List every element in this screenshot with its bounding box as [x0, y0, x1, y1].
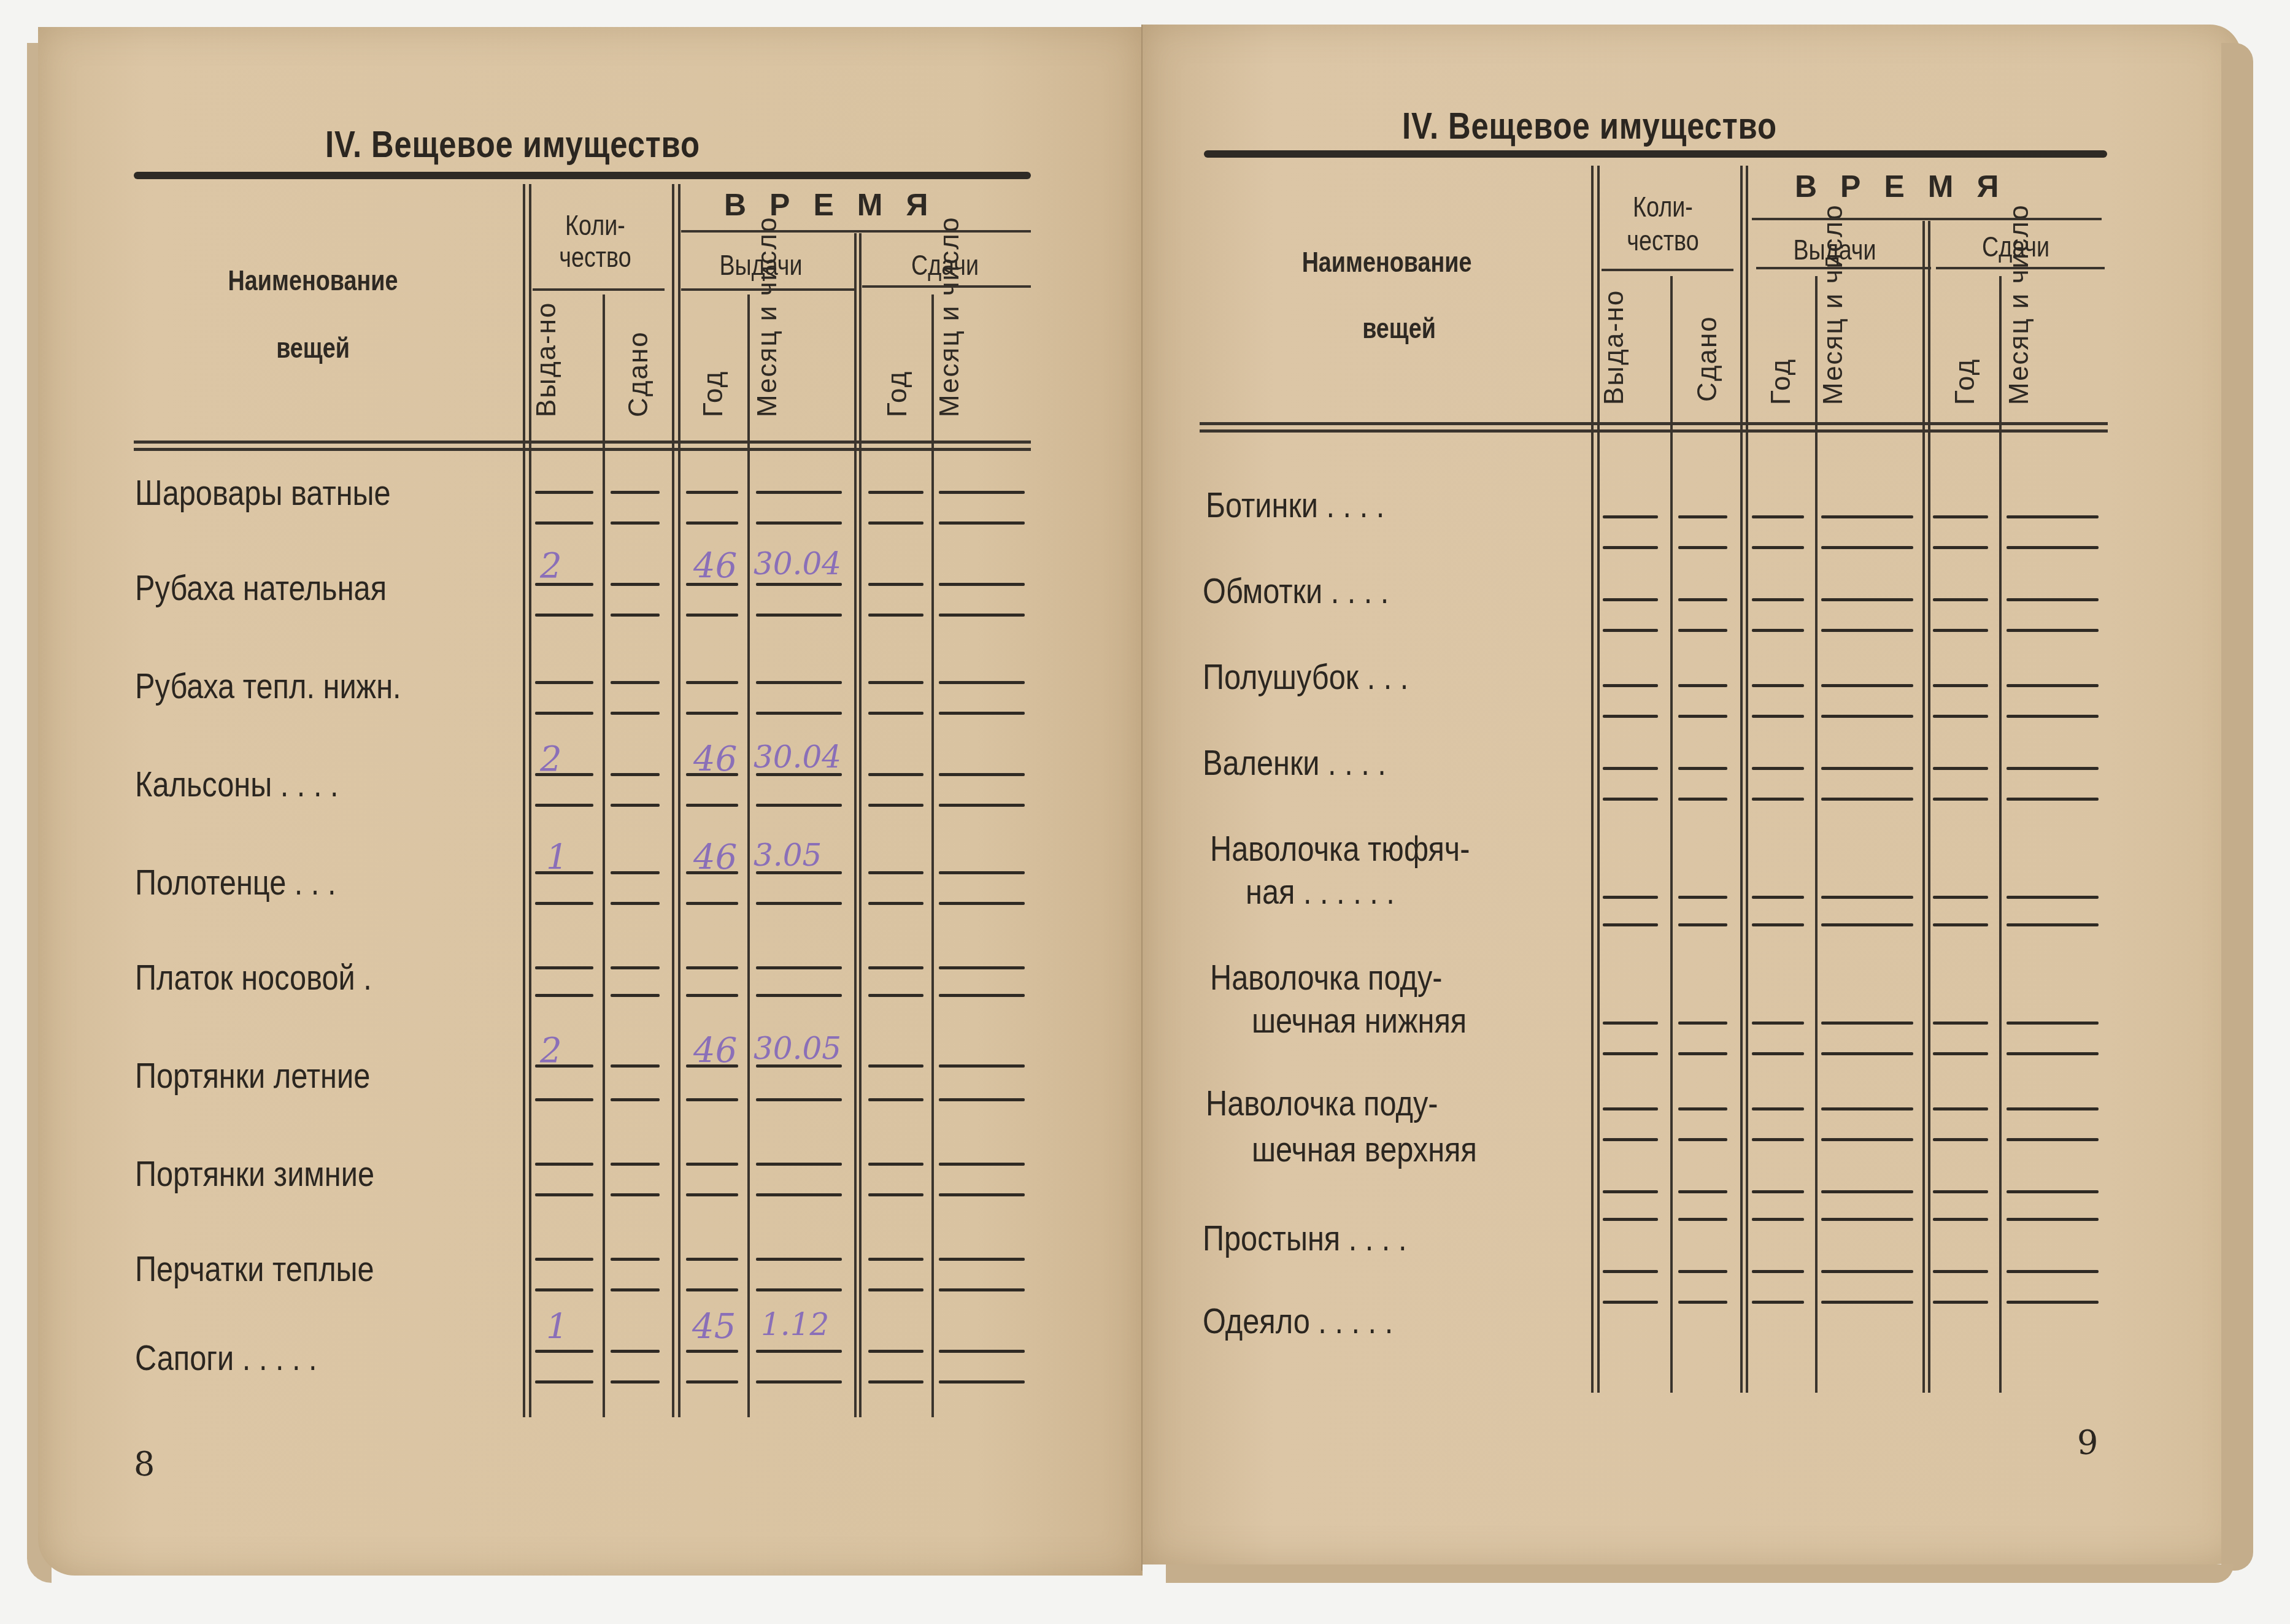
blank-dash: [1933, 798, 1988, 801]
blank-dash: [1603, 1138, 1658, 1141]
blank-dash: [535, 1350, 593, 1353]
blank-dash: [611, 491, 660, 494]
blank-dash: [2007, 515, 2099, 518]
right-vline: [1597, 166, 1600, 1393]
right-vline: [1746, 166, 1748, 1393]
blank-dash: [756, 681, 842, 684]
blank-dash: [1821, 684, 1913, 687]
right-hdr-double-2: [1200, 429, 2108, 433]
blank-dash: [686, 1350, 738, 1353]
right-header-quantity-1: Коли-: [1613, 190, 1713, 223]
item-name-cont: ная . . . . . .: [1246, 871, 1395, 913]
blank-dash: [868, 804, 923, 807]
right-hdr-line-time: [1752, 218, 2102, 220]
right-vline: [1922, 221, 1925, 1393]
blank-dash: [1933, 684, 1988, 687]
blank-dash: [1821, 1218, 1913, 1221]
blank-dash: [1821, 923, 1913, 926]
blank-dash: [535, 1193, 593, 1196]
item-name: Одеяло . . . . .: [1203, 1301, 1393, 1342]
left-vline: [523, 184, 525, 1417]
blank-dash: [686, 871, 738, 874]
blank-dash: [535, 712, 593, 715]
blank-dash: [1678, 1052, 1727, 1055]
blank-dash: [1752, 1022, 1804, 1025]
blank-dash: [868, 1380, 923, 1383]
blank-dash: [2007, 1270, 2099, 1273]
blank-dash: [535, 804, 593, 807]
blank-dash: [611, 994, 660, 997]
blank-dash: [756, 1193, 842, 1196]
blank-dash: [756, 1288, 842, 1291]
blank-dash: [1603, 1301, 1658, 1304]
blank-dash: [611, 521, 660, 525]
blank-dash: [1821, 1138, 1913, 1141]
blank-dash: [1821, 715, 1913, 718]
blank-dash: [1821, 515, 1913, 518]
blank-dash: [2007, 896, 2099, 899]
left-hdr-double-1: [134, 441, 1031, 444]
right-hdr-double-1: [1200, 422, 2108, 425]
blank-dash: [535, 966, 593, 969]
handwritten-issued: 1: [546, 1307, 568, 1347]
blank-dash: [535, 994, 593, 997]
blank-dash: [1933, 767, 1988, 770]
right-header-return-year: Год: [1951, 337, 1980, 405]
blank-dash: [868, 773, 923, 776]
blank-dash: [756, 1258, 842, 1261]
blank-dash: [1603, 1190, 1658, 1193]
item-name: Рубаха нательная: [135, 568, 387, 609]
blank-dash: [535, 1258, 593, 1261]
blank-dash: [2007, 684, 2099, 687]
blank-dash: [939, 773, 1025, 776]
blank-dash: [1752, 629, 1804, 632]
blank-dash: [939, 1193, 1025, 1196]
blank-dash: [611, 773, 660, 776]
blank-dash: [1752, 1218, 1804, 1221]
blank-dash: [1933, 546, 1988, 549]
right-hdr-line-issue: [1756, 267, 1931, 269]
right-header-name: Наименование: [1281, 245, 1492, 279]
left-header-name: Наименование: [207, 264, 418, 297]
blank-dash: [2007, 1301, 2099, 1304]
handwritten-issue-year: 45: [692, 1307, 736, 1347]
blank-dash: [686, 583, 738, 586]
handwritten-issue-date: 3.05: [754, 837, 822, 873]
blank-dash: [686, 1163, 738, 1166]
blank-dash: [1933, 923, 1988, 926]
blank-dash: [611, 681, 660, 684]
blank-dash: [1933, 1107, 1988, 1110]
blank-dash: [535, 681, 593, 684]
blank-dash: [611, 614, 660, 617]
blank-dash: [1678, 515, 1727, 518]
left-header-issued: Выда-но: [533, 307, 561, 417]
blank-dash: [756, 994, 842, 997]
blank-dash: [1752, 1138, 1804, 1141]
blank-dash: [1678, 1107, 1727, 1110]
blank-dash: [686, 1258, 738, 1261]
blank-dash: [2007, 1190, 2099, 1193]
blank-dash: [1603, 767, 1658, 770]
blank-dash: [535, 871, 593, 874]
item-name: Наволочка поду-: [1210, 957, 1442, 999]
right-hdr-line-return: [1936, 267, 2105, 269]
blank-dash: [2007, 798, 2099, 801]
blank-dash: [868, 491, 923, 494]
item-name: Простыня . . . .: [1203, 1218, 1406, 1260]
page-edge-right: [2221, 43, 2253, 1571]
blank-dash: [686, 1193, 738, 1196]
item-name: Полотенце . . .: [135, 862, 336, 904]
blank-dash: [1603, 1052, 1658, 1055]
blank-dash: [1752, 1107, 1804, 1110]
right-vline: [1815, 276, 1818, 1393]
blank-dash: [1678, 896, 1727, 899]
blank-dash: [686, 491, 738, 494]
item-name: Наволочка тюфяч-: [1210, 828, 1470, 870]
item-name: Платок носовой .: [135, 957, 372, 999]
blank-dash: [1821, 1022, 1913, 1025]
item-name: Обмотки . . . .: [1203, 571, 1389, 612]
blank-dash: [868, 871, 923, 874]
blank-dash: [535, 1163, 593, 1166]
blank-dash: [2007, 715, 2099, 718]
blank-dash: [939, 1380, 1025, 1383]
item-name-cont: шечная нижняя: [1252, 1000, 1467, 1042]
item-name: Портянки зимние: [135, 1153, 374, 1195]
blank-dash: [611, 1258, 660, 1261]
blank-dash: [1603, 1107, 1658, 1110]
blank-dash: [1933, 515, 1988, 518]
blank-dash: [939, 1350, 1025, 1353]
blank-dash: [535, 773, 593, 776]
blank-dash: [1678, 1218, 1727, 1221]
right-header-time: ВРЕМЯ: [1795, 169, 2022, 204]
blank-dash: [1821, 598, 1913, 601]
blank-dash: [868, 966, 923, 969]
handwritten-issue-date: 30.04: [754, 739, 841, 775]
right-header-returned: Сдано: [1694, 298, 1722, 402]
blank-dash: [1821, 767, 1913, 770]
blank-dash: [1933, 629, 1988, 632]
item-name: Сапоги . . . . .: [135, 1337, 317, 1379]
blank-dash: [1933, 1270, 1988, 1273]
left-vline: [854, 233, 857, 1417]
blank-dash: [1752, 896, 1804, 899]
book-spine: [1141, 25, 1143, 1571]
blank-dash: [868, 1288, 923, 1291]
blank-dash: [756, 614, 842, 617]
blank-dash: [2007, 1138, 2099, 1141]
blank-dash: [1752, 798, 1804, 801]
blank-dash: [686, 966, 738, 969]
item-name: Шаровары ватные: [135, 472, 391, 514]
blank-dash: [686, 681, 738, 684]
blank-dash: [1752, 1190, 1804, 1193]
blank-dash: [1678, 767, 1727, 770]
item-name: Валенки . . . .: [1203, 742, 1386, 784]
right-vline: [1999, 276, 2002, 1393]
blank-dash: [611, 1163, 660, 1166]
blank-dash: [939, 1064, 1025, 1068]
left-vline: [672, 184, 674, 1417]
right-vline: [1670, 276, 1673, 1393]
blank-dash: [1933, 598, 1988, 601]
right-header-quantity-2: чество: [1613, 224, 1713, 257]
blank-dash: [535, 583, 593, 586]
item-name-cont: шечная верхняя: [1252, 1129, 1477, 1171]
right-page-number: 9: [2077, 1423, 2098, 1462]
blank-dash: [1821, 1107, 1913, 1110]
left-hdr-line-return: [862, 285, 1031, 288]
blank-dash: [611, 871, 660, 874]
blank-dash: [1678, 1190, 1727, 1193]
blank-dash: [1821, 1052, 1913, 1055]
blank-dash: [611, 902, 660, 905]
right-header-issue-year: Год: [1767, 337, 1795, 405]
blank-dash: [535, 1098, 593, 1101]
left-hdr-double-2: [134, 448, 1031, 451]
blank-dash: [939, 1288, 1025, 1291]
blank-dash: [1752, 1301, 1804, 1304]
blank-dash: [939, 902, 1025, 905]
blank-dash: [939, 614, 1025, 617]
blank-dash: [1678, 1022, 1727, 1025]
blank-dash: [756, 491, 842, 494]
blank-dash: [2007, 1218, 2099, 1221]
blank-dash: [756, 902, 842, 905]
blank-dash: [939, 491, 1025, 494]
blank-dash: [535, 1380, 593, 1383]
blank-dash: [1678, 629, 1727, 632]
blank-dash: [1678, 798, 1727, 801]
blank-dash: [1752, 767, 1804, 770]
blank-dash: [611, 966, 660, 969]
left-vline: [859, 233, 862, 1417]
left-section-title: IV. Вещевое имущество: [325, 123, 700, 166]
item-name: Полушубок . . .: [1203, 656, 1408, 698]
item-name: Перчатки теплые: [135, 1249, 374, 1290]
blank-dash: [1678, 1138, 1727, 1141]
right-title-rule: [1204, 150, 2107, 158]
blank-dash: [939, 521, 1025, 525]
left-header-issue-monthday: Месяц и число: [754, 294, 839, 417]
blank-dash: [1603, 896, 1658, 899]
blank-dash: [2007, 1107, 2099, 1110]
blank-dash: [1933, 715, 1988, 718]
blank-dash: [1752, 923, 1804, 926]
blank-dash: [868, 712, 923, 715]
blank-dash: [756, 804, 842, 807]
handwritten-issue-date: 1.12: [761, 1307, 829, 1342]
handwritten-issued: 2: [540, 546, 562, 586]
blank-dash: [1821, 1190, 1913, 1193]
blank-dash: [1678, 546, 1727, 549]
blank-dash: [1752, 598, 1804, 601]
blank-dash: [535, 1288, 593, 1291]
blank-dash: [1603, 629, 1658, 632]
blank-dash: [611, 1350, 660, 1353]
left-header-name-2: вещей: [247, 331, 378, 364]
item-name: Рубаха тепл. нижн.: [135, 666, 401, 707]
item-name: Кальсоны . . . .: [135, 764, 339, 806]
blank-dash: [1821, 629, 1913, 632]
blank-dash: [756, 1064, 842, 1068]
right-vline: [1740, 166, 1743, 1393]
handwritten-issue-date: 30.04: [754, 546, 841, 582]
blank-dash: [939, 966, 1025, 969]
blank-dash: [1678, 1301, 1727, 1304]
left-page-number: 8: [134, 1445, 155, 1484]
blank-dash: [756, 1380, 842, 1383]
handwritten-issue-year: 46: [693, 546, 737, 586]
blank-dash: [1603, 1218, 1658, 1221]
blank-dash: [756, 712, 842, 715]
blank-dash: [1678, 598, 1727, 601]
right-header-issued: Выда-но: [1600, 294, 1629, 405]
blank-dash: [1603, 515, 1658, 518]
blank-dash: [1933, 1190, 1988, 1193]
blank-dash: [868, 994, 923, 997]
blank-dash: [939, 1098, 1025, 1101]
blank-dash: [611, 1193, 660, 1196]
right-vline: [1928, 221, 1930, 1393]
blank-dash: [756, 1350, 842, 1353]
blank-dash: [535, 902, 593, 905]
blank-dash: [2007, 598, 2099, 601]
page-edge-bottom: [1166, 1564, 2234, 1583]
left-header-return-year: Год: [884, 350, 912, 417]
blank-dash: [1603, 1270, 1658, 1273]
blank-dash: [756, 521, 842, 525]
blank-dash: [1821, 1270, 1913, 1273]
blank-dash: [1752, 715, 1804, 718]
left-vline: [529, 184, 531, 1417]
blank-dash: [686, 712, 738, 715]
blank-dash: [1678, 684, 1727, 687]
handwritten-issue-date: 30.05: [754, 1031, 841, 1066]
blank-dash: [1752, 1052, 1804, 1055]
left-header-quantity-1: Коли-: [545, 209, 646, 242]
left-hdr-line-qty: [533, 288, 665, 291]
right-header-name-2: вещей: [1333, 312, 1464, 345]
blank-dash: [1821, 798, 1913, 801]
blank-dash: [756, 966, 842, 969]
blank-dash: [1933, 1218, 1988, 1221]
blank-dash: [868, 1064, 923, 1068]
blank-dash: [1603, 798, 1658, 801]
blank-dash: [939, 1163, 1025, 1166]
blank-dash: [611, 712, 660, 715]
left-vline: [747, 294, 750, 1417]
blank-dash: [686, 902, 738, 905]
blank-dash: [868, 902, 923, 905]
blank-dash: [756, 583, 842, 586]
blank-dash: [868, 1163, 923, 1166]
blank-dash: [686, 614, 738, 617]
blank-dash: [2007, 629, 2099, 632]
blank-dash: [868, 583, 923, 586]
blank-dash: [868, 1098, 923, 1101]
left-vline: [603, 294, 605, 1417]
blank-dash: [1752, 1270, 1804, 1273]
blank-dash: [1603, 546, 1658, 549]
blank-dash: [1821, 896, 1913, 899]
blank-dash: [1603, 923, 1658, 926]
right-section-title: IV. Вещевое имущество: [1402, 104, 1777, 148]
blank-dash: [868, 681, 923, 684]
blank-dash: [939, 681, 1025, 684]
blank-dash: [611, 1098, 660, 1101]
blank-dash: [611, 1380, 660, 1383]
blank-dash: [1603, 715, 1658, 718]
blank-dash: [2007, 546, 2099, 549]
blank-dash: [1933, 1138, 1988, 1141]
item-name: Портянки летние: [135, 1055, 370, 1097]
blank-dash: [535, 491, 593, 494]
blank-dash: [1678, 715, 1727, 718]
left-vline: [931, 294, 934, 1417]
left-title-rule: [134, 172, 1031, 179]
right-hdr-line-qty: [1602, 269, 1733, 271]
blank-dash: [1678, 1270, 1727, 1273]
left-header-return-monthday: Месяц и число: [936, 294, 1022, 417]
blank-dash: [2007, 1052, 2099, 1055]
item-name: Наволочка поду-: [1206, 1083, 1438, 1125]
blank-dash: [2007, 767, 2099, 770]
blank-dash: [686, 521, 738, 525]
left-hdr-line-issue: [681, 288, 856, 291]
blank-dash: [1603, 598, 1658, 601]
blank-dash: [686, 773, 738, 776]
blank-dash: [1752, 515, 1804, 518]
left-header-issue-year: Год: [700, 350, 728, 417]
blank-dash: [535, 614, 593, 617]
blank-dash: [939, 712, 1025, 715]
blank-dash: [686, 994, 738, 997]
right-header-return-monthday: Месяц и число: [2005, 282, 2091, 405]
blank-dash: [1752, 684, 1804, 687]
left-header-quantity-2: чество: [545, 241, 646, 274]
blank-dash: [939, 994, 1025, 997]
right-header-issue-monthday: Месяц и число: [1819, 282, 1905, 405]
blank-dash: [686, 1098, 738, 1101]
blank-dash: [868, 1350, 923, 1353]
item-name: Ботинки . . . .: [1206, 485, 1384, 526]
blank-dash: [1603, 1022, 1658, 1025]
blank-dash: [1752, 546, 1804, 549]
blank-dash: [1603, 684, 1658, 687]
blank-dash: [1933, 896, 1988, 899]
blank-dash: [1821, 1301, 1913, 1304]
blank-dash: [611, 804, 660, 807]
blank-dash: [868, 1258, 923, 1261]
left-header-returned: Сдано: [625, 313, 653, 417]
blank-dash: [535, 1064, 593, 1068]
blank-dash: [868, 614, 923, 617]
blank-dash: [611, 583, 660, 586]
blank-dash: [756, 1098, 842, 1101]
blank-dash: [756, 773, 842, 776]
blank-dash: [686, 1064, 738, 1068]
blank-dash: [686, 804, 738, 807]
blank-dash: [611, 1288, 660, 1291]
blank-dash: [1678, 923, 1727, 926]
blank-dash: [686, 1380, 738, 1383]
blank-dash: [1933, 1022, 1988, 1025]
